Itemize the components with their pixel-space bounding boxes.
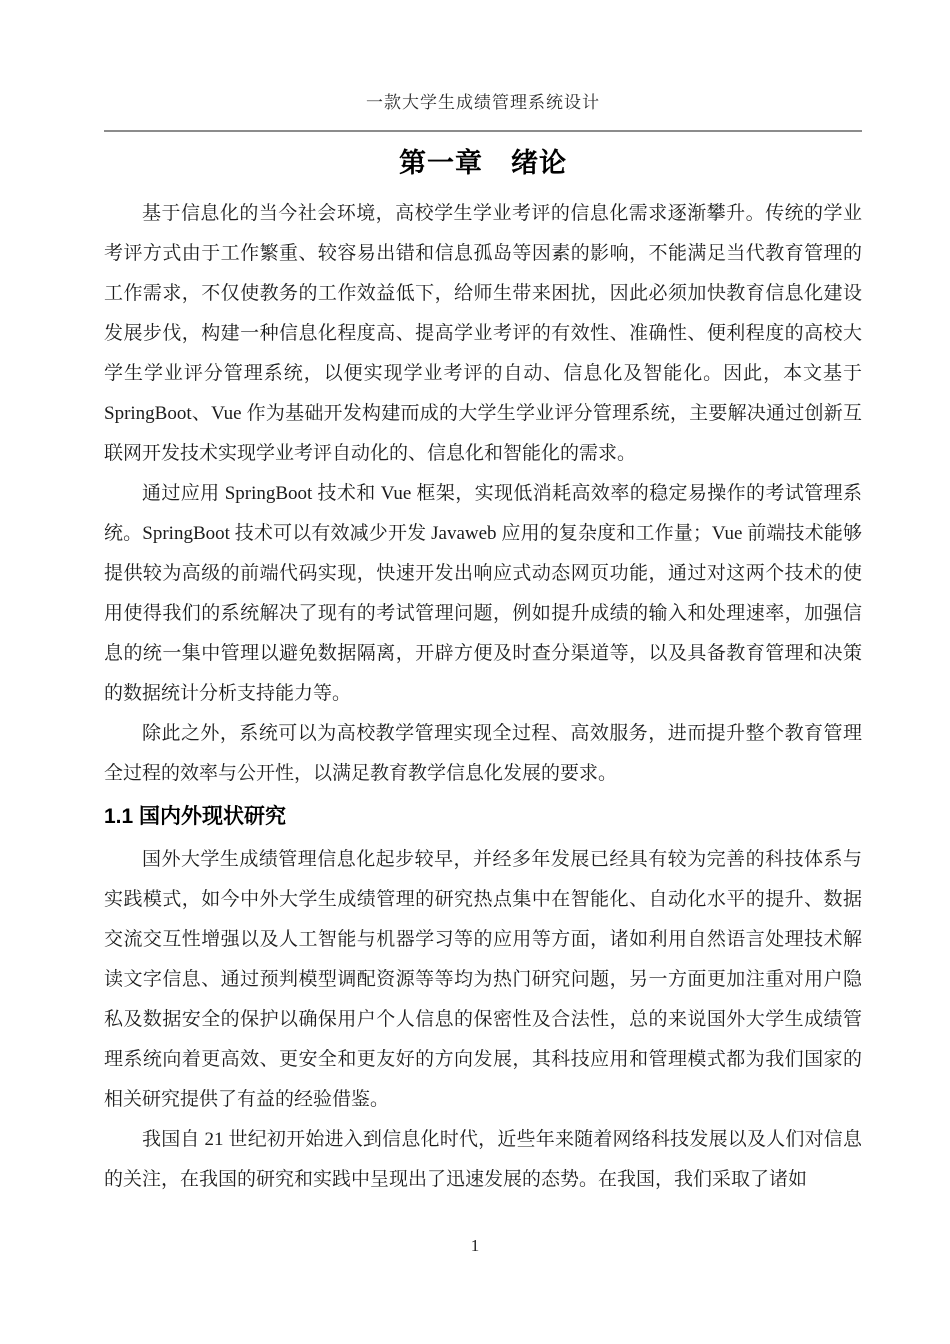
running-header: 一款大学生成绩管理系统设计 <box>104 0 862 132</box>
document-page: 一款大学生成绩管理系统设计 第一章 绪论 基于信息化的当今社会环境，高校学生学业… <box>0 0 950 1344</box>
paragraph-intro-1: 基于信息化的当今社会环境，高校学生学业考评的信息化需求逐渐攀升。传统的学业考评方… <box>104 194 862 474</box>
paragraph-section-2: 我国自 21 世纪初开始进入到信息化时代，近些年来随着网络科技发展以及人们对信息… <box>104 1120 862 1200</box>
page-number: 1 <box>0 1236 950 1256</box>
paragraph-intro-3: 除此之外，系统可以为高校教学管理实现全过程、高效服务，进而提升整个教育管理全过程… <box>104 714 862 794</box>
chapter-title: 第一章 绪论 <box>104 145 862 182</box>
section-heading-1-1: 1.1 国内外现状研究 <box>104 800 862 833</box>
paragraph-section-1: 国外大学生成绩管理信息化起步较早，并经多年发展已经具有较为完善的科技体系与实践模… <box>104 840 862 1120</box>
running-header-title: 一款大学生成绩管理系统设计 <box>104 91 862 115</box>
paragraph-intro-2: 通过应用 SpringBoot 技术和 Vue 框架，实现低消耗高效率的稳定易操… <box>104 474 862 714</box>
